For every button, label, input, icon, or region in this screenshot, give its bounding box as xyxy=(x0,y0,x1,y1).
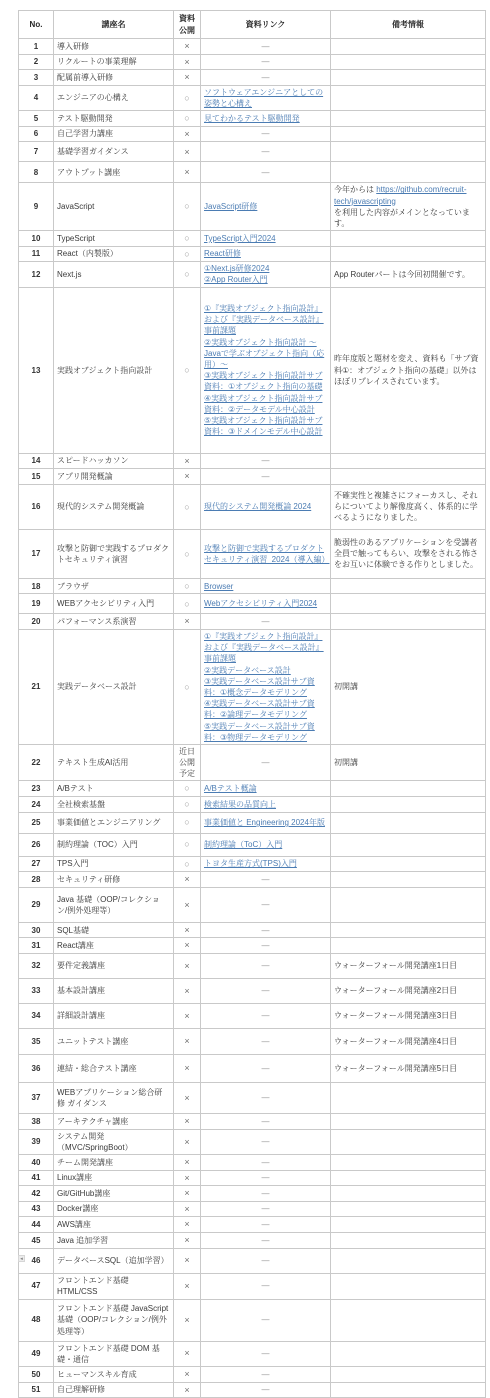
material-link[interactable]: TypeScript入門2024 xyxy=(204,233,327,244)
cell-course-name: 導入研修 xyxy=(54,39,174,55)
cell-remarks xyxy=(331,162,486,183)
table-row: 35ユニットテスト講座×—ウォーターフォール開発講座4日目 xyxy=(19,1029,486,1055)
cell-material-link: — xyxy=(201,744,331,781)
cell-publication: × xyxy=(174,469,201,485)
course-table: No.講座名資料公開資料リンク備考情報 1導入研修×—2リクルートの事業理解×—… xyxy=(18,10,486,1264)
remark-text: ウォーターフォール開発講座2日目 xyxy=(334,986,457,995)
material-link[interactable]: ①『実践オブジェクト指向設計』および『実践データベース設計』事前課題 xyxy=(204,631,327,665)
cell-no: 14 xyxy=(19,453,54,469)
remark-text: を利用した内容がメインとなっています。 xyxy=(334,207,482,229)
cell-publication: ○ xyxy=(174,262,201,287)
cell-remarks xyxy=(331,142,486,162)
not-published-mark: × xyxy=(184,874,189,884)
published-mark: ○ xyxy=(184,502,189,512)
not-published-mark: × xyxy=(184,900,189,910)
course-sheet: No.講座名資料公開資料リンク備考情報 1導入研修×—2リクルートの事業理解×—… xyxy=(18,10,485,1264)
material-link[interactable]: 事業価値と Engineering 2024年版 xyxy=(204,817,327,828)
cell-no: 12 xyxy=(19,262,54,287)
cell-remarks xyxy=(331,246,486,262)
cell-material-link: Webアクセシビリティ入門2024 xyxy=(201,594,331,614)
table-row: 16現代的システム開発概論○現代的システム開発概論 2024不確実性と複雑さにフ… xyxy=(19,484,486,529)
cell-course-name: React（内製版） xyxy=(54,246,174,262)
cell-no: 36 xyxy=(19,1055,54,1083)
cell-publication: × xyxy=(174,1232,201,1248)
table-row: 1導入研修×— xyxy=(19,39,486,55)
cell-course-name: WEBアプリケーション総合研修 ガイダンス xyxy=(54,1083,174,1114)
cell-no: 25 xyxy=(19,812,54,833)
cell-material-link: — xyxy=(201,54,331,70)
not-published-mark: × xyxy=(184,471,189,481)
cell-course-name: Git/GitHub講座 xyxy=(54,1186,174,1202)
no-link-dash: — xyxy=(204,1188,327,1199)
cell-remarks xyxy=(331,578,486,594)
cell-publication: × xyxy=(174,142,201,162)
cell-remarks xyxy=(331,856,486,872)
table-row: 31React講座×— xyxy=(19,938,486,954)
not-published-mark: × xyxy=(184,1255,189,1264)
cell-course-name: Linux講座 xyxy=(54,1170,174,1186)
published-mark: ○ xyxy=(184,682,189,692)
material-link[interactable]: ②App Router入門 xyxy=(204,274,327,285)
cell-course-name: アウトプット講座 xyxy=(54,162,174,183)
material-link[interactable]: ①『実践オブジェクト指向設計』および『実践データベース設計』事前課題 xyxy=(204,303,327,337)
cell-no: 38 xyxy=(19,1114,54,1130)
not-published-mark: × xyxy=(184,616,189,626)
no-link-dash: — xyxy=(204,1255,327,1264)
cell-material-link: TypeScript入門2024 xyxy=(201,231,331,247)
cell-material-link: — xyxy=(201,1114,331,1130)
not-published-mark: × xyxy=(184,1157,189,1167)
cell-no: 31 xyxy=(19,938,54,954)
no-link-dash: — xyxy=(204,1092,327,1103)
material-link[interactable]: ③実践オブジェクト指向設計サブ資料：①オブジェクト指向の基礎 xyxy=(204,370,327,392)
cell-material-link: A/Bテスト概論 xyxy=(201,781,331,797)
cell-publication: × xyxy=(174,979,201,1004)
no-link-dash: — xyxy=(204,1172,327,1183)
cell-remarks xyxy=(331,1186,486,1202)
cell-no: 28 xyxy=(19,872,54,888)
cell-material-link: 制約理論（ToC）入門 xyxy=(201,833,331,856)
published-mark: ○ xyxy=(184,93,189,103)
table-row: 26制約理論（TOC）入門○制約理論（ToC）入門 xyxy=(19,833,486,856)
not-published-mark: × xyxy=(184,41,189,51)
cell-remarks xyxy=(331,126,486,142)
cell-remarks xyxy=(331,85,486,110)
no-link-dash: — xyxy=(204,1219,327,1230)
published-mark: ○ xyxy=(184,549,189,559)
table-row: 4エンジニアの心構え○ソフトウェアエンジニアとしての姿勢と心構え xyxy=(19,85,486,110)
cell-no: 42 xyxy=(19,1186,54,1202)
cell-remarks xyxy=(331,1129,486,1154)
cell-course-name: 自己学習力講座 xyxy=(54,126,174,142)
material-link[interactable]: 現代的システム開発概論 2024 xyxy=(204,501,327,512)
cell-remarks xyxy=(331,781,486,797)
no-link-dash: — xyxy=(204,1036,327,1047)
table-row: 36連結・総合テスト講座×—ウォーターフォール開発講座5日目 xyxy=(19,1055,486,1083)
no-link-dash: — xyxy=(204,72,327,83)
cell-no: 18 xyxy=(19,578,54,594)
no-link-dash: — xyxy=(204,455,327,466)
cell-material-link: — xyxy=(201,142,331,162)
cell-publication: ○ xyxy=(174,630,201,745)
cell-material-link: — xyxy=(201,162,331,183)
cell-course-name: 実践オブジェクト指向設計 xyxy=(54,287,174,453)
material-link[interactable]: 制約理論（ToC）入門 xyxy=(204,839,327,850)
cell-remarks xyxy=(331,39,486,55)
table-row: 17攻撃と防御で実践するプロダクトセキュリティ演習○攻撃と防御で実践するプロダク… xyxy=(19,529,486,578)
table-row: 39システム開発（MVC/SpringBoot）×— xyxy=(19,1129,486,1154)
table-row: 37WEBアプリケーション総合研修 ガイダンス×— xyxy=(19,1083,486,1114)
cell-publication: × xyxy=(174,39,201,55)
cell-course-name: パフォーマンス系演習 xyxy=(54,614,174,630)
cell-remarks: ウォーターフォール開発講座5日目 xyxy=(331,1055,486,1083)
cell-remarks: 初開講 xyxy=(331,744,486,781)
table-row: 6自己学習力講座×— xyxy=(19,126,486,142)
cell-course-name: 要件定義講座 xyxy=(54,954,174,979)
cell-remarks: 不確実性と複雑さにフォーカスし、それらについてより解像度高く、体系的に学べるよう… xyxy=(331,484,486,529)
cell-course-name: アーキテクチャ講座 xyxy=(54,1114,174,1130)
cell-publication: ○ xyxy=(174,594,201,614)
cell-material-link: — xyxy=(201,922,331,938)
material-link[interactable]: React研修 xyxy=(204,248,327,259)
cell-material-link: — xyxy=(201,887,331,922)
cell-remarks xyxy=(331,1170,486,1186)
cell-remarks: 昨年度版と題材を変え、資料も「サブ資料①：オブジェクト指向の基礎」以外はほぼリプ… xyxy=(331,287,486,453)
cell-no: 32 xyxy=(19,954,54,979)
cell-no: 29 xyxy=(19,887,54,922)
cell-material-link: — xyxy=(201,453,331,469)
no-link-dash: — xyxy=(204,167,327,178)
cell-no: 26 xyxy=(19,833,54,856)
cell-remarks: ウォーターフォール開発講座4日目 xyxy=(331,1029,486,1055)
material-link[interactable]: ソフトウェアエンジニアとしての姿勢と心構え xyxy=(204,87,327,109)
no-link-dash: — xyxy=(204,471,327,482)
table-row: 14スピードハッカソン×— xyxy=(19,453,486,469)
publication-status-text: 近日公開予定 xyxy=(179,747,195,778)
cell-no: 21 xyxy=(19,630,54,745)
cell-remarks xyxy=(331,872,486,888)
published-mark: ○ xyxy=(184,859,189,869)
cell-course-name: ブラウザ xyxy=(54,578,174,594)
cell-no: 5 xyxy=(19,111,54,127)
table-row: 46データベースSQL（追加学習）×— xyxy=(19,1248,486,1264)
cell-remarks xyxy=(331,1232,486,1248)
cell-no: 37 xyxy=(19,1083,54,1114)
cell-publication: × xyxy=(174,1129,201,1154)
no-link-dash: — xyxy=(204,960,327,971)
cell-material-link: — xyxy=(201,1155,331,1171)
remark-text: 昨年度版と題材を変え、資料も「サブ資料①：オブジェクト指向の基礎」以外はほぼリプ… xyxy=(334,354,478,385)
table-row: 19WEBアクセシビリティ入門○Webアクセシビリティ入門2024 xyxy=(19,594,486,614)
cell-publication: ○ xyxy=(174,856,201,872)
column-header-link: 資料リンク xyxy=(201,11,331,39)
cell-remarks: ウォーターフォール開発講座3日目 xyxy=(331,1004,486,1029)
no-link-dash: — xyxy=(204,1063,327,1074)
cell-publication: × xyxy=(174,922,201,938)
column-header-pub: 資料公開 xyxy=(174,11,201,39)
cell-material-link: — xyxy=(201,469,331,485)
cell-remarks xyxy=(331,54,486,70)
no-link-dash: — xyxy=(204,1203,327,1214)
cell-course-name: Java 追加学習 xyxy=(54,1232,174,1248)
cell-no: 10 xyxy=(19,231,54,247)
cell-course-name: 基礎学習ガイダンス xyxy=(54,142,174,162)
cell-course-name: React講座 xyxy=(54,938,174,954)
material-link[interactable]: Browser xyxy=(204,581,327,592)
no-link-dash: — xyxy=(204,1136,327,1147)
table-row: 8アウトプット講座×— xyxy=(19,162,486,183)
cell-material-link: ソフトウェアエンジニアとしての姿勢と心構え xyxy=(201,85,331,110)
material-link[interactable]: A/Bテスト概論 xyxy=(204,783,327,794)
cell-publication: ○ xyxy=(174,287,201,453)
cell-publication: × xyxy=(174,938,201,954)
not-published-mark: × xyxy=(184,129,189,139)
cell-no: 15 xyxy=(19,469,54,485)
cell-material-link: — xyxy=(201,126,331,142)
cell-course-name: Next.js xyxy=(54,262,174,287)
cell-publication: ○ xyxy=(174,781,201,797)
cell-remarks xyxy=(331,614,486,630)
cell-material-link: — xyxy=(201,1186,331,1202)
published-mark: ○ xyxy=(184,269,189,279)
table-row: 12Next.js○①Next.js研修2024②App Router入門App… xyxy=(19,262,486,287)
table-row: 2リクルートの事業理解×— xyxy=(19,54,486,70)
table-header-row: No.講座名資料公開資料リンク備考情報 xyxy=(19,11,486,39)
remark-text: 今年からは xyxy=(334,185,376,194)
not-published-mark: × xyxy=(184,986,189,996)
remark-text: ウォーターフォール開発講座1日目 xyxy=(334,961,457,970)
cell-material-link: ①『実践オブジェクト指向設計』および『実践データベース設計』事前課題②実践データ… xyxy=(201,630,331,745)
cell-publication: × xyxy=(174,614,201,630)
cell-material-link: 検索結果の品質向上 xyxy=(201,797,331,813)
cell-publication: × xyxy=(174,453,201,469)
cell-publication: × xyxy=(174,1155,201,1171)
not-published-mark: × xyxy=(184,1011,189,1021)
cell-material-link: — xyxy=(201,614,331,630)
cell-material-link: — xyxy=(201,1129,331,1154)
table-row: 43Docker講座×— xyxy=(19,1201,486,1217)
material-link[interactable]: ③実践データベース設計サブ資料：①概念データモデリング xyxy=(204,676,327,698)
no-link-dash: — xyxy=(204,925,327,936)
cell-material-link: — xyxy=(201,1232,331,1248)
cell-remarks: App Routerパートは今回初開催です。 xyxy=(331,262,486,287)
table-row: 34詳細設計講座×—ウォーターフォール開発講座3日目 xyxy=(19,1004,486,1029)
cell-course-name: Docker講座 xyxy=(54,1201,174,1217)
no-link-dash: — xyxy=(204,616,327,627)
scrollbar-left-arrow[interactable]: ◂ xyxy=(18,1255,25,1262)
not-published-mark: × xyxy=(184,1093,189,1103)
cell-no: 34 xyxy=(19,1004,54,1029)
cell-publication: 近日公開予定 xyxy=(174,744,201,781)
cell-no: 8 xyxy=(19,162,54,183)
cell-course-name: 連結・総合テスト講座 xyxy=(54,1055,174,1083)
published-mark: ○ xyxy=(184,799,189,809)
material-link[interactable]: 攻撃と防御で実践するプロダクトセキュリティ演習_2024（導入編） xyxy=(204,543,327,565)
cell-publication: × xyxy=(174,1029,201,1055)
published-mark: ○ xyxy=(184,783,189,793)
not-published-mark: × xyxy=(184,940,189,950)
cell-no: 3 xyxy=(19,70,54,86)
not-published-mark: × xyxy=(184,1173,189,1183)
cell-publication: × xyxy=(174,162,201,183)
cell-publication: × xyxy=(174,872,201,888)
cell-remarks xyxy=(331,453,486,469)
cell-material-link: ①Next.js研修2024②App Router入門 xyxy=(201,262,331,287)
cell-course-name: Java 基礎（OOP/コレクション/例外処理等） xyxy=(54,887,174,922)
cell-material-link: 攻撃と防御で実践するプロダクトセキュリティ演習_2024（導入編） xyxy=(201,529,331,578)
cell-remarks xyxy=(331,833,486,856)
cell-no: 7 xyxy=(19,142,54,162)
no-link-dash: — xyxy=(204,1235,327,1246)
cell-publication: × xyxy=(174,126,201,142)
published-mark: ○ xyxy=(184,599,189,609)
cell-publication: ○ xyxy=(174,246,201,262)
cell-course-name: スピードハッカソン xyxy=(54,453,174,469)
remark-text: ウォーターフォール開発講座3日目 xyxy=(334,1011,457,1020)
cell-no: 35 xyxy=(19,1029,54,1055)
no-link-dash: — xyxy=(204,56,327,67)
cell-material-link: — xyxy=(201,1004,331,1029)
cell-material-link: — xyxy=(201,1217,331,1233)
not-published-mark: × xyxy=(184,167,189,177)
material-link[interactable]: ⑤実践オブジェクト指向設計サブ資料：③ドメインモデル中心設計 xyxy=(204,415,327,437)
cell-no: 9 xyxy=(19,183,54,231)
published-mark: ○ xyxy=(184,201,189,211)
not-published-mark: × xyxy=(184,456,189,466)
cell-publication: ○ xyxy=(174,833,201,856)
cell-no: 4 xyxy=(19,85,54,110)
cell-material-link: — xyxy=(201,1055,331,1083)
cell-publication: ○ xyxy=(174,578,201,594)
column-header-no: No. xyxy=(19,11,54,39)
cell-no: 19 xyxy=(19,594,54,614)
material-link[interactable]: JavaScript研修 xyxy=(204,201,327,212)
cell-remarks: 脆弱性のあるアプリケーションを受講者全員で触ってもらい、攻撃をされる怖さをお互い… xyxy=(331,529,486,578)
cell-course-name: 攻撃と防御で実践するプロダクトセキュリティ演習 xyxy=(54,529,174,578)
cell-remarks: 初開講 xyxy=(331,630,486,745)
table-row: 28セキュリティ研修×— xyxy=(19,872,486,888)
cell-material-link: — xyxy=(201,938,331,954)
table-row: 7基礎学習ガイダンス×— xyxy=(19,142,486,162)
cell-course-name: TypeScript xyxy=(54,231,174,247)
cell-publication: ○ xyxy=(174,529,201,578)
cell-publication: ○ xyxy=(174,484,201,529)
published-mark: ○ xyxy=(184,839,189,849)
cell-publication: ○ xyxy=(174,812,201,833)
material-link[interactable]: ②実践オブジェクト指向設計 ～Javaで学ぶオブジェクト指向（応用）～ xyxy=(204,337,327,371)
cell-publication: × xyxy=(174,1083,201,1114)
cell-course-name: 制約理論（TOC）入門 xyxy=(54,833,174,856)
cell-no: 20 xyxy=(19,614,54,630)
cell-publication: × xyxy=(174,1055,201,1083)
cell-course-name: A/Bテスト xyxy=(54,781,174,797)
remark-text: ウォーターフォール開発講座5日目 xyxy=(334,1064,457,1073)
not-published-mark: × xyxy=(184,925,189,935)
cell-course-name: システム開発（MVC/SpringBoot） xyxy=(54,1129,174,1154)
no-link-dash: — xyxy=(204,146,327,157)
material-link[interactable]: Webアクセシビリティ入門2024 xyxy=(204,598,327,609)
cell-course-name: テスト駆動開発 xyxy=(54,111,174,127)
cell-material-link: — xyxy=(201,1083,331,1114)
cell-publication: ○ xyxy=(174,797,201,813)
cell-remarks: ウォーターフォール開発講座2日目 xyxy=(331,979,486,1004)
remark-text: 脆弱性のあるアプリケーションを受講者全員で触ってもらい、攻撃をされる怖さをお互い… xyxy=(334,538,478,569)
cell-no: 6 xyxy=(19,126,54,142)
table-row: 24全社検索基盤○検索結果の品質向上 xyxy=(19,797,486,813)
cell-course-name: アプリ開発概論 xyxy=(54,469,174,485)
cell-publication: ○ xyxy=(174,231,201,247)
cell-course-name: セキュリティ研修 xyxy=(54,872,174,888)
cell-remarks xyxy=(331,938,486,954)
remark-text: 初開講 xyxy=(334,758,358,767)
cell-no: 13 xyxy=(19,287,54,453)
table-row: 32要件定義講座×—ウォーターフォール開発講座1日目 xyxy=(19,954,486,979)
cell-no: 23 xyxy=(19,781,54,797)
cell-course-name: JavaScript xyxy=(54,183,174,231)
no-link-dash: — xyxy=(204,1116,327,1127)
cell-remarks xyxy=(331,111,486,127)
material-link[interactable]: ⑤実践データベース設計サブ資料：③物理データモデリング xyxy=(204,721,327,743)
cell-material-link: ①『実践オブジェクト指向設計』および『実践データベース設計』事前課題②実践オブジ… xyxy=(201,287,331,453)
cell-material-link: 現代的システム開発概論 2024 xyxy=(201,484,331,529)
remark-text: ウォーターフォール開発講座4日目 xyxy=(334,1037,457,1046)
cell-course-name: 詳細設計講座 xyxy=(54,1004,174,1029)
table-row: 41Linux講座×— xyxy=(19,1170,486,1186)
table-row: 45Java 追加学習×— xyxy=(19,1232,486,1248)
cell-material-link: — xyxy=(201,954,331,979)
cell-no: 22 xyxy=(19,744,54,781)
no-link-dash: — xyxy=(204,757,327,768)
cell-course-name: SQL基礎 xyxy=(54,922,174,938)
table-row: 5テスト駆動開発○見てわかるテスト駆動開発 xyxy=(19,111,486,127)
material-link[interactable]: ②実践データベース設計 xyxy=(204,665,327,676)
cell-publication: × xyxy=(174,954,201,979)
cell-course-name: ユニットテスト講座 xyxy=(54,1029,174,1055)
cell-remarks xyxy=(331,1217,486,1233)
table-row: 21実践データベース設計○①『実践オブジェクト指向設計』および『実践データベース… xyxy=(19,630,486,745)
column-header-name: 講座名 xyxy=(54,11,174,39)
material-link[interactable]: ④実践データベース設計サブ資料：②論理データモデリング xyxy=(204,698,327,720)
cell-remarks xyxy=(331,922,486,938)
published-mark: ○ xyxy=(184,249,189,259)
cell-material-link: — xyxy=(201,1029,331,1055)
published-mark: ○ xyxy=(184,365,189,375)
material-link[interactable]: トヨタ生産方式(TPS)入門 xyxy=(204,858,327,869)
material-link[interactable]: 検索結果の品質向上 xyxy=(204,799,327,810)
cell-remarks xyxy=(331,1114,486,1130)
table-row: 27TPS入門○トヨタ生産方式(TPS)入門 xyxy=(19,856,486,872)
cell-material-link: — xyxy=(201,1170,331,1186)
not-published-mark: × xyxy=(184,57,189,67)
cell-course-name: テキスト生成AI活用 xyxy=(54,744,174,781)
published-mark: ○ xyxy=(184,233,189,243)
cell-remarks: 今年からは https://github.com/recruit-tech/ja… xyxy=(331,183,486,231)
cell-publication: × xyxy=(174,54,201,70)
material-link[interactable]: 見てわかるテスト駆動開発 xyxy=(204,113,327,124)
not-published-mark: × xyxy=(184,961,189,971)
remark-text: App Routerパートは今回初開催です。 xyxy=(334,270,470,279)
column-header-remark: 備考情報 xyxy=(331,11,486,39)
cell-no: 39 xyxy=(19,1129,54,1154)
table-row: 29Java 基礎（OOP/コレクション/例外処理等）×— xyxy=(19,887,486,922)
cell-no: 17 xyxy=(19,529,54,578)
cell-publication: ○ xyxy=(174,85,201,110)
not-published-mark: × xyxy=(184,147,189,157)
table-row: 22テキスト生成AI活用近日公開予定—初開講 xyxy=(19,744,486,781)
material-link[interactable]: ④実践オブジェクト指向設計サブ資料：②データモデル中心設計 xyxy=(204,393,327,415)
cell-material-link: 見てわかるテスト駆動開発 xyxy=(201,111,331,127)
material-link[interactable]: ①Next.js研修2024 xyxy=(204,263,327,274)
